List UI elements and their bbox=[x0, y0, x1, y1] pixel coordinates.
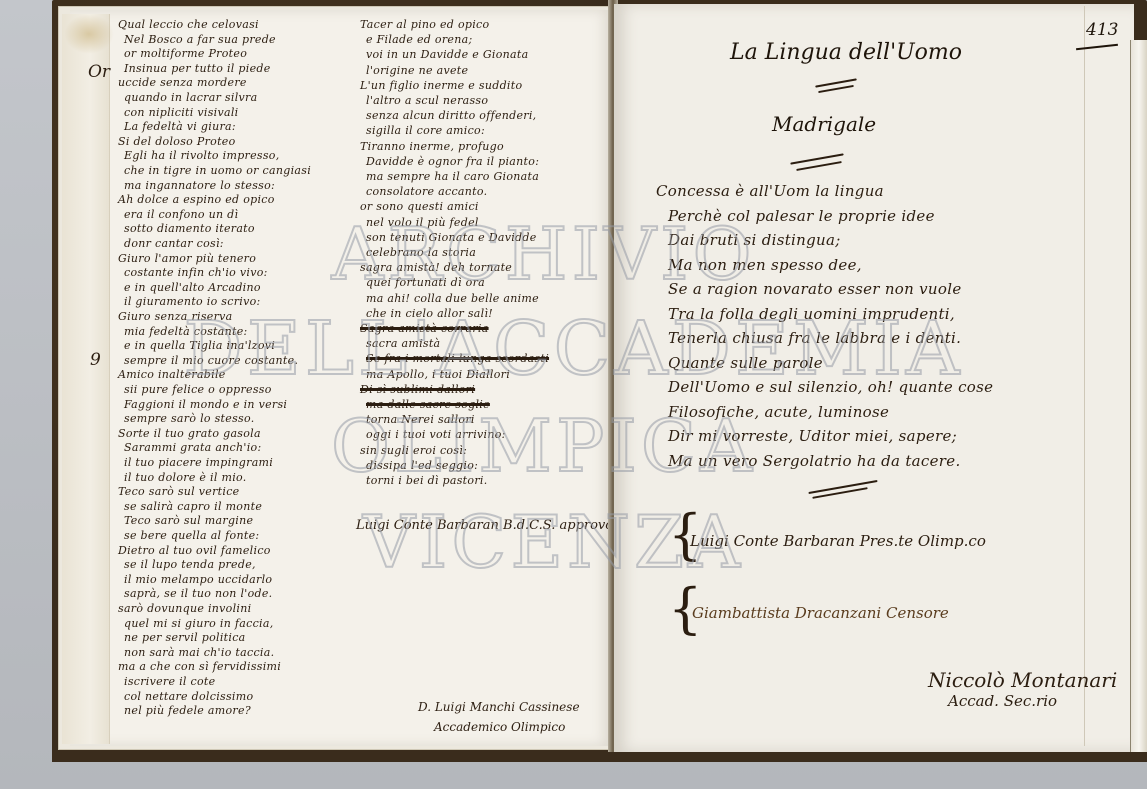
manuscript-line: ma ingannatore lo stesso: bbox=[124, 179, 275, 192]
manuscript-line: con nipliciti visivali bbox=[124, 106, 238, 119]
approval-signature-2: Giambattista Dracanzani Censore bbox=[692, 604, 949, 622]
manuscript-line: quel mi si giuro in faccia, bbox=[124, 617, 274, 630]
manuscript-line: Perchè col palesar le proprie idee bbox=[668, 207, 935, 225]
manuscript-line: celebrano la storia bbox=[366, 246, 476, 259]
manuscript-line: consolatore accanto. bbox=[366, 185, 487, 198]
manuscript-line: Faggioni il mondo e in versi bbox=[124, 398, 287, 411]
manuscript-line: il mio melampo uccidarlo bbox=[124, 573, 272, 586]
manuscript-line: torni i bei dì pastori. bbox=[366, 474, 488, 487]
margin-note-9: 9 bbox=[90, 350, 101, 370]
manuscript-line: se il lupo tenda prede, bbox=[124, 558, 256, 571]
author-signature-title: Accad. Sec.rio bbox=[948, 692, 1057, 710]
approval-signature-mid: Luigi Conte Barbaran B.d.C.S. approvo bbox=[356, 518, 613, 533]
page-number: 413 bbox=[1086, 20, 1118, 40]
manuscript-line: sii pure felice o oppresso bbox=[124, 383, 272, 396]
manuscript-line: sempre sarò lo stesso. bbox=[124, 412, 255, 425]
manuscript-line: sigilla il core amico: bbox=[366, 124, 485, 137]
manuscript-line: Nel Bosco a far sua prede bbox=[124, 33, 276, 46]
manuscript-line: oggi i tuoi voti arrivino: bbox=[366, 428, 506, 441]
paper-stain bbox=[64, 14, 114, 54]
manuscript-line: ma Apollo, i tuoi Diallori bbox=[366, 368, 510, 381]
manuscript-line: ne per servil politica bbox=[124, 631, 246, 644]
manuscript-line: Tacer al pino ed opico bbox=[360, 18, 489, 31]
manuscript-line: Ma un vero Sergolatrio ha da tacere. bbox=[668, 452, 961, 470]
manuscript-line: Ah dolce a espino ed opico bbox=[118, 193, 275, 206]
manuscript-line: Sarammi grata anch'io: bbox=[124, 441, 261, 454]
manuscript-line: che in tigre in uomo or cangiasi bbox=[124, 164, 311, 177]
manuscript-line: torna Nerei sallori bbox=[366, 413, 475, 426]
manuscript-line: Se fra i mortali lunga scordasti bbox=[366, 352, 549, 365]
author-note-line-1: D. Luigi Manchi Cassinese bbox=[418, 700, 580, 714]
manuscript-line: se salirà capro il monte bbox=[124, 500, 262, 513]
manuscript-line: col nettare dolcissimo bbox=[124, 690, 253, 703]
manuscript-line: Dell'Uomo e sul silenzio, oh! quante cos… bbox=[668, 378, 993, 396]
manuscript-line: sacra amistà bbox=[366, 337, 440, 350]
manuscript-line: era il confono un dì bbox=[124, 208, 238, 221]
manuscript-line: ma ahi! colla due belle anime bbox=[366, 292, 539, 305]
page-edges bbox=[1130, 40, 1147, 752]
manuscript-line: non sarà mai ch'io taccia. bbox=[124, 646, 274, 659]
manuscript-line: senza alcun diritto offenderi, bbox=[366, 109, 536, 122]
manuscript-line: Dir mi vorreste, Uditor miei, sapere; bbox=[668, 427, 957, 445]
manuscript-line: Sorte il tuo grato gasola bbox=[118, 427, 261, 440]
manuscript-line: e Filade ed orena; bbox=[366, 33, 472, 46]
manuscript-line: costante infin ch'io vivo: bbox=[124, 266, 268, 279]
manuscript-line: mia fedeltà costante: bbox=[124, 325, 248, 338]
manuscript-line: che in cielo allor salì! bbox=[366, 307, 493, 320]
manuscript-line: iscrivere il cote bbox=[124, 675, 215, 688]
manuscript-line: quando in lacrar silvra bbox=[124, 91, 257, 104]
manuscript-line: Tra la folla degli uomini imprudenti, bbox=[668, 305, 955, 323]
manuscript-line: sin sugli eroi così: bbox=[360, 444, 467, 457]
manuscript-line: il tuo dolore è il mio. bbox=[124, 471, 247, 484]
manuscript-line: uccide senza mordere bbox=[118, 76, 247, 89]
manuscript-line: e in quell'alto Arcadino bbox=[124, 281, 261, 294]
manuscript-line: voi in un Davidde e Gionata bbox=[366, 48, 528, 61]
manuscript-line: l'origine ne avete bbox=[366, 64, 468, 77]
manuscript-line: l'altro a scul nerasso bbox=[366, 94, 488, 107]
manuscript-line: e in quella Tiglia ina'lzovi bbox=[124, 339, 275, 352]
manuscript-line: Insinua per tutto il piede bbox=[124, 62, 271, 75]
manuscript-line: or moltiforme Proteo bbox=[124, 47, 247, 60]
manuscript-line: Qual leccio che celovasi bbox=[118, 18, 259, 31]
manuscript-line: Tiranno inerme, profugo bbox=[360, 140, 504, 153]
poem-title: La Lingua dell'Uomo bbox=[730, 40, 962, 65]
manuscript-line: Egli ha il rivolto impresso, bbox=[124, 149, 280, 162]
manuscript-line: saprà, se il tuo non l'ode. bbox=[124, 587, 272, 600]
manuscript-line: Concessa è all'Uom la lingua bbox=[656, 182, 884, 200]
manuscript-line: Giuro senza riserva bbox=[118, 310, 233, 323]
manuscript-line: quei fortunati dì ora bbox=[366, 276, 485, 289]
manuscript-line: Dietro al tuo ovil famelico bbox=[118, 544, 271, 557]
manuscript-line: Quante sulle parole bbox=[668, 354, 823, 372]
poem-subtitle: Madrigale bbox=[772, 112, 876, 136]
manuscript-line: La fedeltà vi giura: bbox=[124, 120, 236, 133]
manuscript-line: Teco sarò sul margine bbox=[124, 514, 253, 527]
manuscript-line: Filosofiche, acute, luminose bbox=[668, 403, 889, 421]
manuscript-line: Sagra amistà corraria bbox=[360, 322, 489, 335]
manuscript-line: ma a che con sì fervidissimi bbox=[118, 660, 281, 673]
manuscript-line: ma dalle sacre soglie bbox=[366, 398, 490, 411]
manuscript-line: il giuramento io scrivo: bbox=[124, 295, 261, 308]
manuscript-line: Amico inalterabile bbox=[118, 368, 226, 381]
manuscript-line: Davidde è ognor fra il pianto: bbox=[366, 155, 539, 168]
manuscript-line: Teco sarò sul vertice bbox=[118, 485, 240, 498]
manuscript-line: sagra amistà! deh tornate bbox=[360, 261, 512, 274]
margin-rule bbox=[1084, 6, 1085, 746]
manuscript-line: donr cantar così: bbox=[124, 237, 224, 250]
manuscript-line: Si del doloso Proteo bbox=[118, 135, 236, 148]
manuscript-line: L'un figlio inerme e suddito bbox=[360, 79, 522, 92]
manuscript-line: se bere quella al fonte: bbox=[124, 529, 259, 542]
manuscript-line: Tenerla chiusa fra le labbra e i denti. bbox=[668, 329, 961, 347]
manuscript-line: Ma non men spesso dee, bbox=[668, 256, 862, 274]
manuscript-line: dissipa l'ed seggio: bbox=[366, 459, 478, 472]
manuscript-line: son tenuti Gionata e Davidde bbox=[366, 231, 537, 244]
manuscript-line: Di sì sublimi dallori bbox=[360, 383, 475, 396]
manuscript-line: or sono questi amici bbox=[360, 200, 479, 213]
manuscript-line: Giuro l'amor più tenero bbox=[118, 252, 256, 265]
manuscript-line: sarò dovunque involini bbox=[118, 602, 251, 615]
manuscript-line: sempre il mio cuore costante. bbox=[124, 354, 298, 367]
left-flyleaf bbox=[62, 14, 110, 744]
approval-signature-1: Luigi Conte Barbaran Pres.te Olimp.co bbox=[690, 532, 986, 550]
manuscript-line: nel più fedele amore? bbox=[124, 704, 251, 717]
manuscript-line: ma sempre ha il caro Gionata bbox=[366, 170, 539, 183]
margin-note-or: Or bbox=[88, 62, 110, 82]
manuscript-line: il tuo piacere impingrami bbox=[124, 456, 273, 469]
manuscript-line: nel volo il più fedel bbox=[366, 216, 479, 229]
manuscript-line: Dai bruti si distingua; bbox=[668, 231, 841, 249]
author-note-line-2: Accademico Olimpico bbox=[434, 720, 565, 734]
manuscript-line: Se a ragion novarato esser non vuole bbox=[668, 280, 962, 298]
manuscript-line: sotto diamento iterato bbox=[124, 222, 255, 235]
author-signature-name: Niccolò Montanari bbox=[928, 668, 1117, 692]
